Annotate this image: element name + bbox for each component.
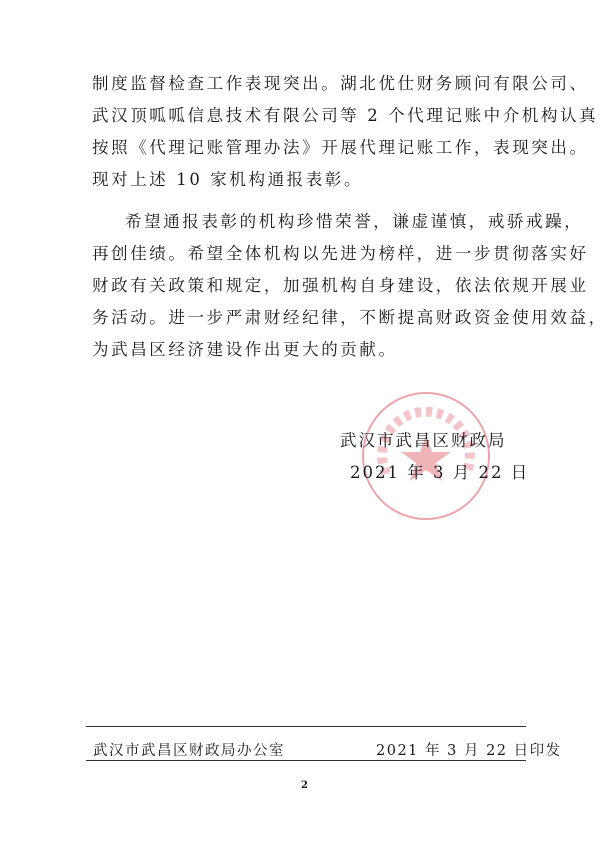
page-number: 2 [301, 780, 308, 791]
body-line: 再创佳绩。希望全体机构以先进为榜样，进一步贯彻落实好 [92, 244, 589, 264]
signing-date: 2021 年 3 月 22 日 [350, 459, 529, 483]
signing-organization: 武汉市武昌区财政局 [340, 427, 507, 451]
body-line: 希望通报表彰的机构珍惜荣誉，谦虚谨慎，戒骄戒躁， [125, 212, 583, 232]
footer-top-rule [86, 726, 526, 727]
body-line: 现对上述 10 家机构通报表彰。 [92, 170, 363, 190]
footer-bottom-rule [86, 760, 526, 761]
body-line: 武汉顶呱呱信息技术有限公司等 2 个代理记账中介机构认真 [92, 106, 598, 126]
body-line: 按照《代理记账管理办法》开展代理记账工作，表现突出。 [92, 138, 589, 158]
body-line: 财政有关政策和规定，加强机构自身建设，依法依规开展业 [92, 276, 589, 296]
official-seal [362, 392, 490, 520]
seal-star-icon [364, 394, 488, 518]
footer-issue-date: 2021 年 3 月 22 日印发 [376, 739, 562, 760]
footer-issuer: 武汉市武昌区财政局办公室 [93, 739, 285, 760]
body-line: 务活动。进一步严肃财经纪律，不断提高财政资金使用效益， [92, 308, 608, 328]
body-line: 为武昌区经济建设作出更大的贡献。 [92, 340, 398, 360]
body-line: 制度监督检查工作表现突出。湖北优仕财务顾问有限公司、 [92, 74, 589, 94]
